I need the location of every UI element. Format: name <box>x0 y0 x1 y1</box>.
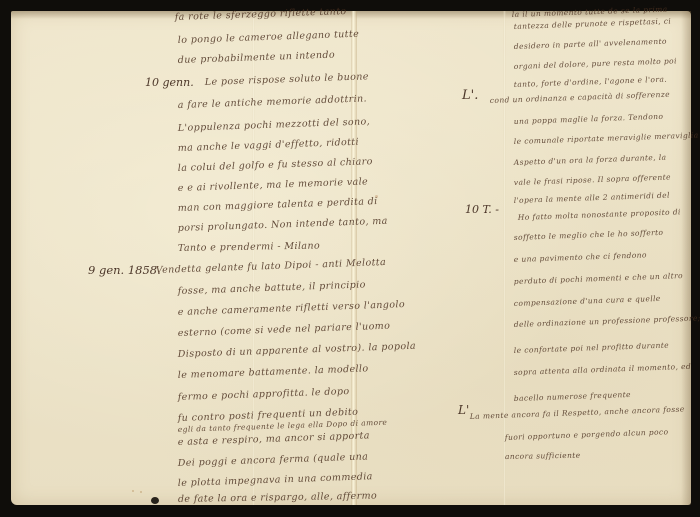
margin-date-note: 10 T. - <box>465 203 499 216</box>
margin-date-note: 10 genn. <box>145 76 194 89</box>
text-line: ancora sufficiente <box>505 451 581 461</box>
foxing-spot <box>132 490 134 492</box>
margin-note: L' <box>458 403 469 417</box>
edge-tear <box>151 497 159 504</box>
margin-date-note: 9 gen. 1858. <box>88 263 161 277</box>
margin-note: L'. <box>462 88 478 103</box>
foxing-spot <box>140 491 142 493</box>
fold-crease-right <box>503 11 506 505</box>
